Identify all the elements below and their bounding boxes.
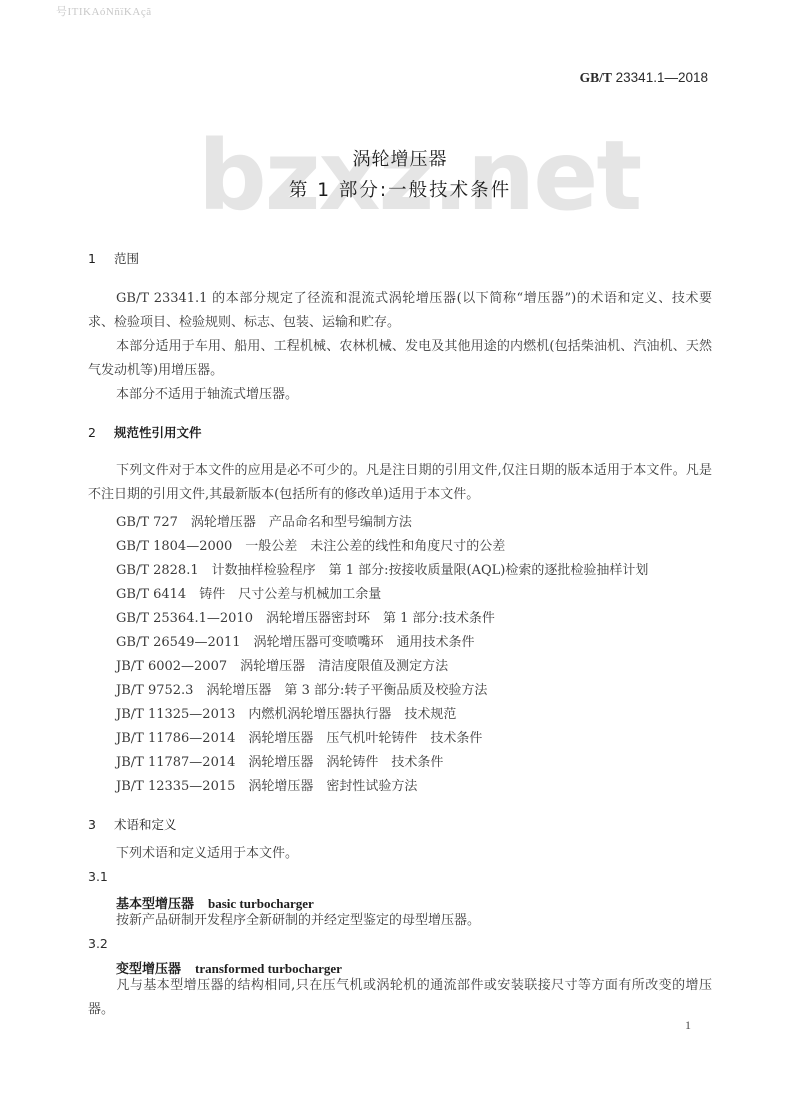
paragraph: 本部分适用于车用、船用、工程机械、农林机械、发电及其他用途的内燃机(包括柴油机、… [88,335,712,383]
term-number: 3.1 [88,869,108,884]
reference-item: JB/T 6002—2007 涡轮增压器 清洁度限值及测定方法 [116,655,448,674]
reference-item: GB/T 2828.1 计数抽样检验程序 第 1 部分:按接收质量限(AQL)检… [116,559,648,578]
reference-item: JB/T 11786—2014 涡轮增压器 压气机叶轮铸件 技术条件 [116,727,482,746]
paragraph: 下列文件对于本文件的应用是必不可少的。凡是注日期的引用文件,仅注日期的版本适用于… [88,459,712,507]
standard-prefix: GB/T [580,70,612,85]
page-number: 1 [685,1018,691,1033]
standard-code: GB/T 23341.1—2018 [580,70,708,86]
section-heading-scope: 1 范围 [88,249,139,267]
paragraph: 本部分不适用于轴流式增压器。 [88,383,712,407]
reference-item: JB/T 11325—2013 内燃机涡轮增压器执行器 技术规范 [116,703,456,722]
term-number: 3.2 [88,936,108,951]
standard-number: 23341.1—2018 [616,70,708,85]
section-title: 规范性引用文件 [114,425,202,440]
term-definition: 凡与基本型增压器的结构相同,只在压气机或涡轮机的通流部件或安装联接尺寸等方面有所… [88,974,712,1022]
reference-item: GB/T 727 涡轮增压器 产品命名和型号编制方法 [116,511,412,530]
paragraph: 下列术语和定义适用于本文件。 [88,842,712,866]
section-title: 范围 [114,251,139,266]
paragraph: GB/T 23341.1 的本部分规定了径流和混流式涡轮增压器(以下简称“增压器… [88,287,712,335]
document-subtitle: 第 1 部分:一般技术条件 [0,176,800,202]
section-heading-normative-references: 2 规范性引用文件 [88,423,202,441]
term-definition: 按新产品研制开发程序全新研制的并经定型鉴定的母型增压器。 [88,909,712,933]
section-number: 1 [88,251,110,266]
section-number: 3 [88,817,110,832]
reference-item: JB/T 11787—2014 涡轮增压器 涡轮铸件 技术条件 [116,751,443,770]
reference-item: GB/T 6414 铸件 尺寸公差与机械加工余量 [116,583,381,602]
top-watermark-text: 号ITIKAóNñïKAçã [56,3,152,19]
section-title: 术语和定义 [114,817,177,832]
reference-item: JB/T 12335—2015 涡轮增压器 密封性试验方法 [116,775,417,794]
reference-item: JB/T 9752.3 涡轮增压器 第 3 部分:转子平衡品质及校验方法 [116,679,487,698]
document-title: 涡轮增压器 [0,145,800,171]
reference-item: GB/T 26549—2011 涡轮增压器可变喷嘴环 通用技术条件 [116,631,475,650]
section-heading-terms-definitions: 3 术语和定义 [88,815,177,833]
reference-item: GB/T 1804—2000 一般公差 未注公差的线性和角度尺寸的公差 [116,535,505,554]
section-number: 2 [88,425,110,440]
reference-item: GB/T 25364.1—2010 涡轮增压器密封环 第 1 部分:技术条件 [116,607,495,626]
